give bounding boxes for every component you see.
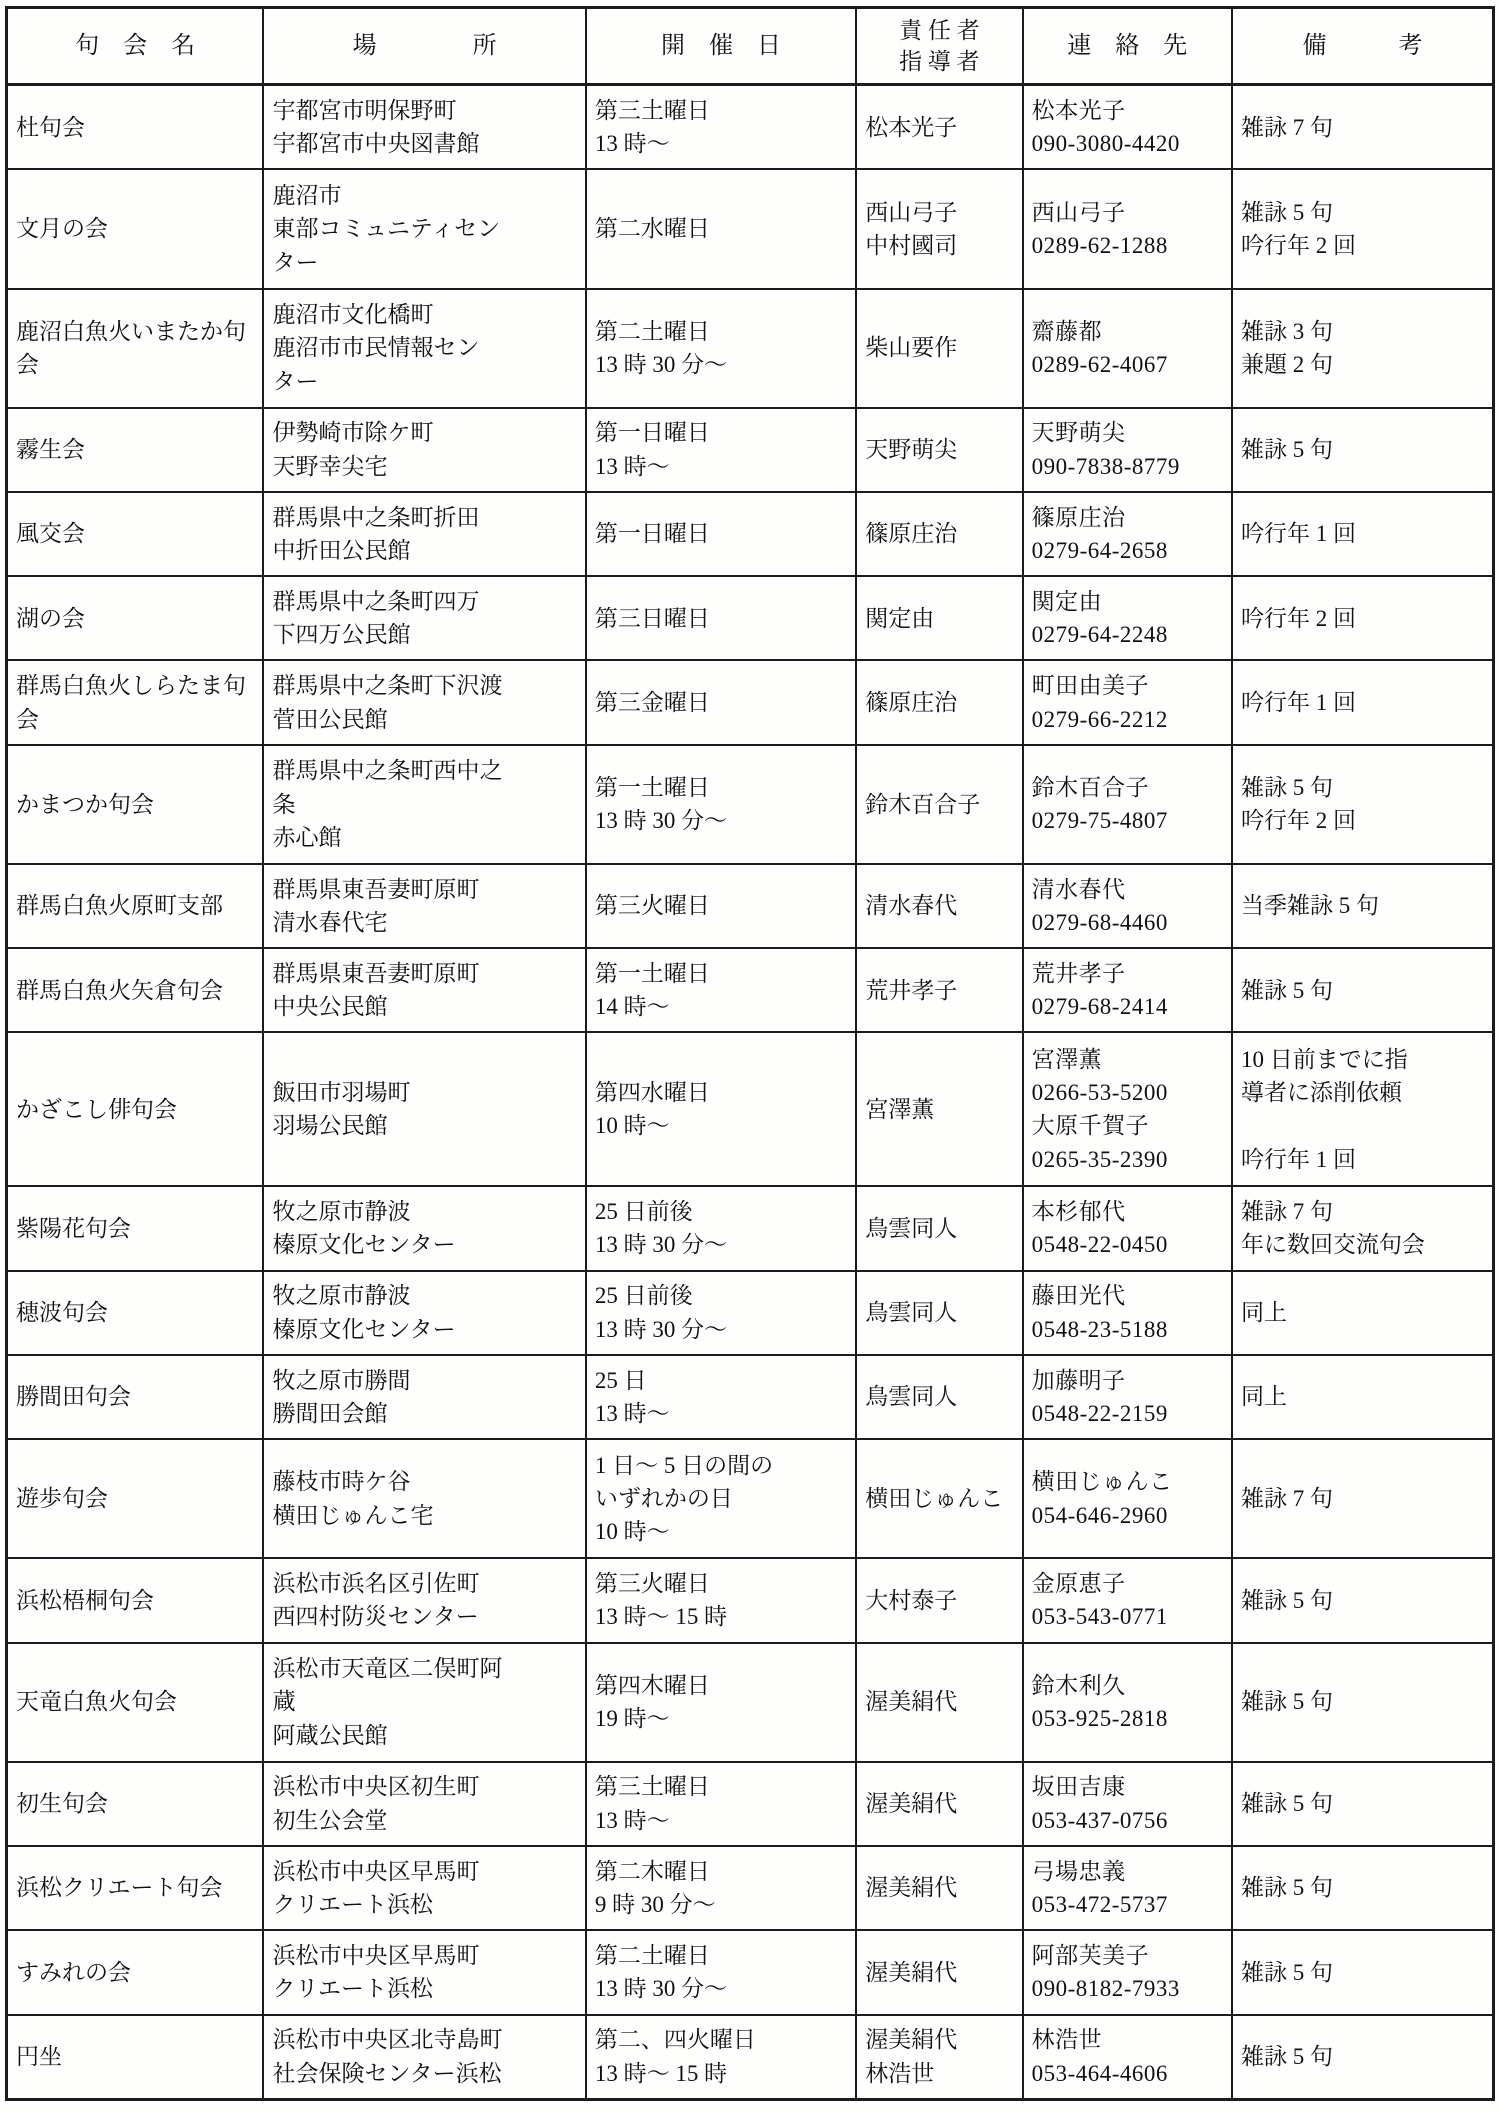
- cell-date: 第一日曜日 13 時～: [586, 408, 856, 492]
- cell-notes: 雑詠 5 句: [1232, 1558, 1493, 1642]
- cell-leader: 横田じゅんこ: [856, 1439, 1022, 1558]
- table-row: かざこし俳句会 飯田市羽場町 羽場公民館 第四水曜日 10 時～ 宮澤薫 宮澤薫…: [7, 1032, 1494, 1186]
- cell-leader: 鳥雲同人: [856, 1271, 1022, 1355]
- cell-date: 第二水曜日: [586, 169, 856, 288]
- cell-place: 浜松市中央区北寺島町 社会保険センター浜松: [263, 2015, 585, 2100]
- cell-contact: 藤田光代 0548-23-5188: [1023, 1271, 1232, 1355]
- cell-notes: 雑詠 5 句 吟行年 2 回: [1232, 745, 1493, 864]
- cell-contact: 清水春代 0279-68-4460: [1023, 864, 1232, 948]
- cell-place: 鹿沼市文化橋町 鹿沼市市民情報セン ター: [263, 289, 585, 408]
- cell-contact: 西山弓子 0289-62-1288: [1023, 169, 1232, 288]
- table-row: 湖の会 群馬県中之条町四万 下四万公民館 第三日曜日 関定由 関定由 0279-…: [7, 576, 1494, 660]
- cell-leader: 渥美絹代: [856, 1762, 1022, 1846]
- cell-place: 群馬県中之条町西中之 条 赤心館: [263, 745, 585, 864]
- table-row: 風交会 群馬県中之条町折田 中折田公民館 第一日曜日 篠原庄治 篠原庄治 027…: [7, 492, 1494, 576]
- cell-notes: 雑詠 5 句 吟行年 2 回: [1232, 169, 1493, 288]
- cell-club-name: すみれの会: [7, 1930, 264, 2014]
- cell-place: 牧之原市勝間 勝間田会館: [263, 1355, 585, 1439]
- cell-club-name: かまつか句会: [7, 745, 264, 864]
- table-row: 文月の会 鹿沼市 東部コミュニティセン ター 第二水曜日 西山弓子 中村國司 西…: [7, 169, 1494, 288]
- table-row: 勝間田句会 牧之原市勝間 勝間田会館 25 日 13 時～ 鳥雲同人 加藤明子 …: [7, 1355, 1494, 1439]
- table-row: 鹿沼白魚火いまたか句会 鹿沼市文化橋町 鹿沼市市民情報セン ター 第二土曜日 1…: [7, 289, 1494, 408]
- cell-contact: 荒井孝子 0279-68-2414: [1023, 948, 1232, 1032]
- cell-leader: 荒井孝子: [856, 948, 1022, 1032]
- cell-place: 浜松市浜名区引佐町 西四村防災センター: [263, 1558, 585, 1642]
- cell-date: 第一土曜日 14 時～: [586, 948, 856, 1032]
- table-row: 杜句会 宇都宮市明保野町 宇都宮市中央図書館 第三土曜日 13 時～ 松本光子 …: [7, 85, 1494, 170]
- cell-leader: 関定由: [856, 576, 1022, 660]
- cell-notes: 雑詠 5 句: [1232, 1762, 1493, 1846]
- cell-contact: 鈴木百合子 0279-75-4807: [1023, 745, 1232, 864]
- cell-date: 第二土曜日 13 時 30 分～: [586, 289, 856, 408]
- cell-place: 群馬県東吾妻町原町 清水春代宅: [263, 864, 585, 948]
- cell-notes: 雑詠 5 句: [1232, 948, 1493, 1032]
- table-row: かまつか句会 群馬県中之条町西中之 条 赤心館 第一土曜日 13 時 30 分～…: [7, 745, 1494, 864]
- cell-place: 宇都宮市明保野町 宇都宮市中央図書館: [263, 85, 585, 170]
- cell-contact: 林浩世 053-464-4606: [1023, 2015, 1232, 2100]
- cell-date: 第三火曜日 13 時～ 15 時: [586, 1558, 856, 1642]
- cell-club-name: かざこし俳句会: [7, 1032, 264, 1186]
- cell-date: 第二土曜日 13 時 30 分～: [586, 1930, 856, 2014]
- cell-place: 群馬県東吾妻町原町 中央公民館: [263, 948, 585, 1032]
- table-row: 群馬白魚火原町支部 群馬県東吾妻町原町 清水春代宅 第三火曜日 清水春代 清水春…: [7, 864, 1494, 948]
- cell-contact: 齋藤都 0289-62-4067: [1023, 289, 1232, 408]
- cell-contact: 松本光子 090-3080-4420: [1023, 85, 1232, 170]
- cell-club-name: 勝間田句会: [7, 1355, 264, 1439]
- cell-leader: 鳥雲同人: [856, 1355, 1022, 1439]
- header-date: 開 催 日: [586, 8, 856, 85]
- cell-notes: 10 日前までに指 導者に添削依頼 吟行年 1 回: [1232, 1032, 1493, 1186]
- cell-date: 第三金曜日: [586, 660, 856, 744]
- cell-notes: 雑詠 7 句: [1232, 1439, 1493, 1558]
- cell-place: 浜松市中央区早馬町 クリエート浜松: [263, 1930, 585, 2014]
- cell-club-name: 群馬白魚火矢倉句会: [7, 948, 264, 1032]
- table-row: 円坐 浜松市中央区北寺島町 社会保険センター浜松 第二、四火曜日 13 時～ 1…: [7, 2015, 1494, 2100]
- table-header-row: 句 会 名 場 所 開 催 日 責 任 者 指 導 者 連 絡 先 備 考: [7, 8, 1494, 85]
- cell-contact: 関定由 0279-64-2248: [1023, 576, 1232, 660]
- cell-leader: 天野萌尖: [856, 408, 1022, 492]
- cell-place: 浜松市天竜区二俣町阿 蔵 阿蔵公民館: [263, 1643, 585, 1762]
- cell-leader: 宮澤薫: [856, 1032, 1022, 1186]
- cell-place: 牧之原市静波 榛原文化センター: [263, 1186, 585, 1270]
- table-row: 紫陽花句会 牧之原市静波 榛原文化センター 25 日前後 13 時 30 分～ …: [7, 1186, 1494, 1270]
- kukai-table: 句 会 名 場 所 開 催 日 責 任 者 指 導 者 連 絡 先 備 考 杜句…: [5, 6, 1495, 2101]
- table-row: 穂波句会 牧之原市静波 榛原文化センター 25 日前後 13 時 30 分～ 鳥…: [7, 1271, 1494, 1355]
- cell-date: 第一日曜日: [586, 492, 856, 576]
- cell-leader: 渥美絹代: [856, 1846, 1022, 1930]
- cell-notes: 吟行年 1 回: [1232, 492, 1493, 576]
- header-contact: 連 絡 先: [1023, 8, 1232, 85]
- cell-place: 群馬県中之条町四万 下四万公民館: [263, 576, 585, 660]
- cell-club-name: 杜句会: [7, 85, 264, 170]
- table-row: 初生句会 浜松市中央区初生町 初生公会堂 第三土曜日 13 時～ 渥美絹代 坂田…: [7, 1762, 1494, 1846]
- cell-contact: 坂田吉康 053-437-0756: [1023, 1762, 1232, 1846]
- table-row: すみれの会 浜松市中央区早馬町 クリエート浜松 第二土曜日 13 時 30 分～…: [7, 1930, 1494, 2014]
- cell-notes: 吟行年 1 回: [1232, 660, 1493, 744]
- cell-contact: 篠原庄治 0279-64-2658: [1023, 492, 1232, 576]
- cell-leader: 清水春代: [856, 864, 1022, 948]
- cell-leader: 大村泰子: [856, 1558, 1022, 1642]
- cell-place: 飯田市羽場町 羽場公民館: [263, 1032, 585, 1186]
- cell-date: 1 日～ 5 日の間の いずれかの日 10 時～: [586, 1439, 856, 1558]
- cell-club-name: 天竜白魚火句会: [7, 1643, 264, 1762]
- cell-contact: 宮澤薫 0266-53-5200 大原千賀子 0265-35-2390: [1023, 1032, 1232, 1186]
- cell-date: 25 日前後 13 時 30 分～: [586, 1271, 856, 1355]
- cell-date: 第三日曜日: [586, 576, 856, 660]
- cell-club-name: 湖の会: [7, 576, 264, 660]
- cell-contact: 加藤明子 0548-22-2159: [1023, 1355, 1232, 1439]
- cell-leader: 鳥雲同人: [856, 1186, 1022, 1270]
- cell-place: 牧之原市静波 榛原文化センター: [263, 1271, 585, 1355]
- cell-date: 第三火曜日: [586, 864, 856, 948]
- cell-club-name: 文月の会: [7, 169, 264, 288]
- cell-leader: 松本光子: [856, 85, 1022, 170]
- header-notes: 備 考: [1232, 8, 1493, 85]
- cell-contact: 阿部芙美子 090-8182-7933: [1023, 1930, 1232, 2014]
- table-row: 浜松クリエート句会 浜松市中央区早馬町 クリエート浜松 第二木曜日 9 時 30…: [7, 1846, 1494, 1930]
- cell-date: 25 日前後 13 時 30 分～: [586, 1186, 856, 1270]
- cell-club-name: 初生句会: [7, 1762, 264, 1846]
- cell-leader: 渥美絹代 林浩世: [856, 2015, 1022, 2100]
- cell-contact: 金原恵子 053-543-0771: [1023, 1558, 1232, 1642]
- cell-place: 鹿沼市 東部コミュニティセン ター: [263, 169, 585, 288]
- cell-notes: 雑詠 3 句 兼題 2 句: [1232, 289, 1493, 408]
- cell-leader: 篠原庄治: [856, 492, 1022, 576]
- cell-notes: 雑詠 7 句 年に数回交流句会: [1232, 1186, 1493, 1270]
- cell-leader: 渥美絹代: [856, 1930, 1022, 2014]
- cell-date: 第三土曜日 13 時～: [586, 85, 856, 170]
- cell-club-name: 鹿沼白魚火いまたか句会: [7, 289, 264, 408]
- cell-club-name: 浜松梧桐句会: [7, 1558, 264, 1642]
- header-leader: 責 任 者 指 導 者: [856, 8, 1022, 85]
- cell-place: 浜松市中央区初生町 初生公会堂: [263, 1762, 585, 1846]
- cell-date: 第四木曜日 19 時～: [586, 1643, 856, 1762]
- table-body: 杜句会 宇都宮市明保野町 宇都宮市中央図書館 第三土曜日 13 時～ 松本光子 …: [7, 85, 1494, 2100]
- header-club-name: 句 会 名: [7, 8, 264, 85]
- cell-place: 藤枝市時ケ谷 横田じゅんこ宅: [263, 1439, 585, 1558]
- cell-club-name: 浜松クリエート句会: [7, 1846, 264, 1930]
- table-row: 群馬白魚火しらたま句会 群馬県中之条町下沢渡 菅田公民館 第三金曜日 篠原庄治 …: [7, 660, 1494, 744]
- cell-notes: 当季雑詠 5 句: [1232, 864, 1493, 948]
- cell-notes: 雑詠 5 句: [1232, 408, 1493, 492]
- cell-notes: 雑詠 5 句: [1232, 1846, 1493, 1930]
- cell-notes: 雑詠 5 句: [1232, 2015, 1493, 2100]
- cell-place: 群馬県中之条町折田 中折田公民館: [263, 492, 585, 576]
- cell-contact: 横田じゅんこ 054-646-2960: [1023, 1439, 1232, 1558]
- cell-contact: 弓場忠義 053-472-5737: [1023, 1846, 1232, 1930]
- cell-date: 第一土曜日 13 時 30 分～: [586, 745, 856, 864]
- cell-leader: 渥美絹代: [856, 1643, 1022, 1762]
- cell-notes: 雑詠 5 句: [1232, 1930, 1493, 2014]
- table-row: 天竜白魚火句会 浜松市天竜区二俣町阿 蔵 阿蔵公民館 第四木曜日 19 時～ 渥…: [7, 1643, 1494, 1762]
- cell-club-name: 紫陽花句会: [7, 1186, 264, 1270]
- cell-club-name: 霧生会: [7, 408, 264, 492]
- cell-contact: 鈴木利久 053-925-2818: [1023, 1643, 1232, 1762]
- cell-leader: 鈴木百合子: [856, 745, 1022, 864]
- cell-notes: 雑詠 7 句: [1232, 85, 1493, 170]
- cell-club-name: 風交会: [7, 492, 264, 576]
- cell-club-name: 円坐: [7, 2015, 264, 2100]
- cell-contact: 本杉郁代 0548-22-0450: [1023, 1186, 1232, 1270]
- cell-date: 25 日 13 時～: [586, 1355, 856, 1439]
- cell-date: 第二木曜日 9 時 30 分～: [586, 1846, 856, 1930]
- cell-date: 第四水曜日 10 時～: [586, 1032, 856, 1186]
- cell-notes: 雑詠 5 句: [1232, 1643, 1493, 1762]
- cell-place: 伊勢崎市除ケ町 天野幸尖宅: [263, 408, 585, 492]
- cell-leader: 西山弓子 中村國司: [856, 169, 1022, 288]
- cell-place: 浜松市中央区早馬町 クリエート浜松: [263, 1846, 585, 1930]
- cell-club-name: 穂波句会: [7, 1271, 264, 1355]
- cell-place: 群馬県中之条町下沢渡 菅田公民館: [263, 660, 585, 744]
- cell-notes: 吟行年 2 回: [1232, 576, 1493, 660]
- table-row: 霧生会 伊勢崎市除ケ町 天野幸尖宅 第一日曜日 13 時～ 天野萌尖 天野萌尖 …: [7, 408, 1494, 492]
- cell-club-name: 群馬白魚火しらたま句会: [7, 660, 264, 744]
- table-row: 浜松梧桐句会 浜松市浜名区引佐町 西四村防災センター 第三火曜日 13 時～ 1…: [7, 1558, 1494, 1642]
- cell-club-name: 遊歩句会: [7, 1439, 264, 1558]
- cell-notes: 同上: [1232, 1271, 1493, 1355]
- cell-contact: 天野萌尖 090-7838-8779: [1023, 408, 1232, 492]
- cell-leader: 篠原庄治: [856, 660, 1022, 744]
- cell-club-name: 群馬白魚火原町支部: [7, 864, 264, 948]
- cell-leader: 柴山要作: [856, 289, 1022, 408]
- header-place: 場 所: [263, 8, 585, 85]
- cell-notes: 同上: [1232, 1355, 1493, 1439]
- scanned-table-page: 句 会 名 場 所 開 催 日 責 任 者 指 導 者 連 絡 先 備 考 杜句…: [0, 0, 1500, 2113]
- table-row: 群馬白魚火矢倉句会 群馬県東吾妻町原町 中央公民館 第一土曜日 14 時～ 荒井…: [7, 948, 1494, 1032]
- cell-date: 第三土曜日 13 時～: [586, 1762, 856, 1846]
- cell-date: 第二、四火曜日 13 時～ 15 時: [586, 2015, 856, 2100]
- table-row: 遊歩句会 藤枝市時ケ谷 横田じゅんこ宅 1 日～ 5 日の間の いずれかの日 1…: [7, 1439, 1494, 1558]
- cell-contact: 町田由美子 0279-66-2212: [1023, 660, 1232, 744]
